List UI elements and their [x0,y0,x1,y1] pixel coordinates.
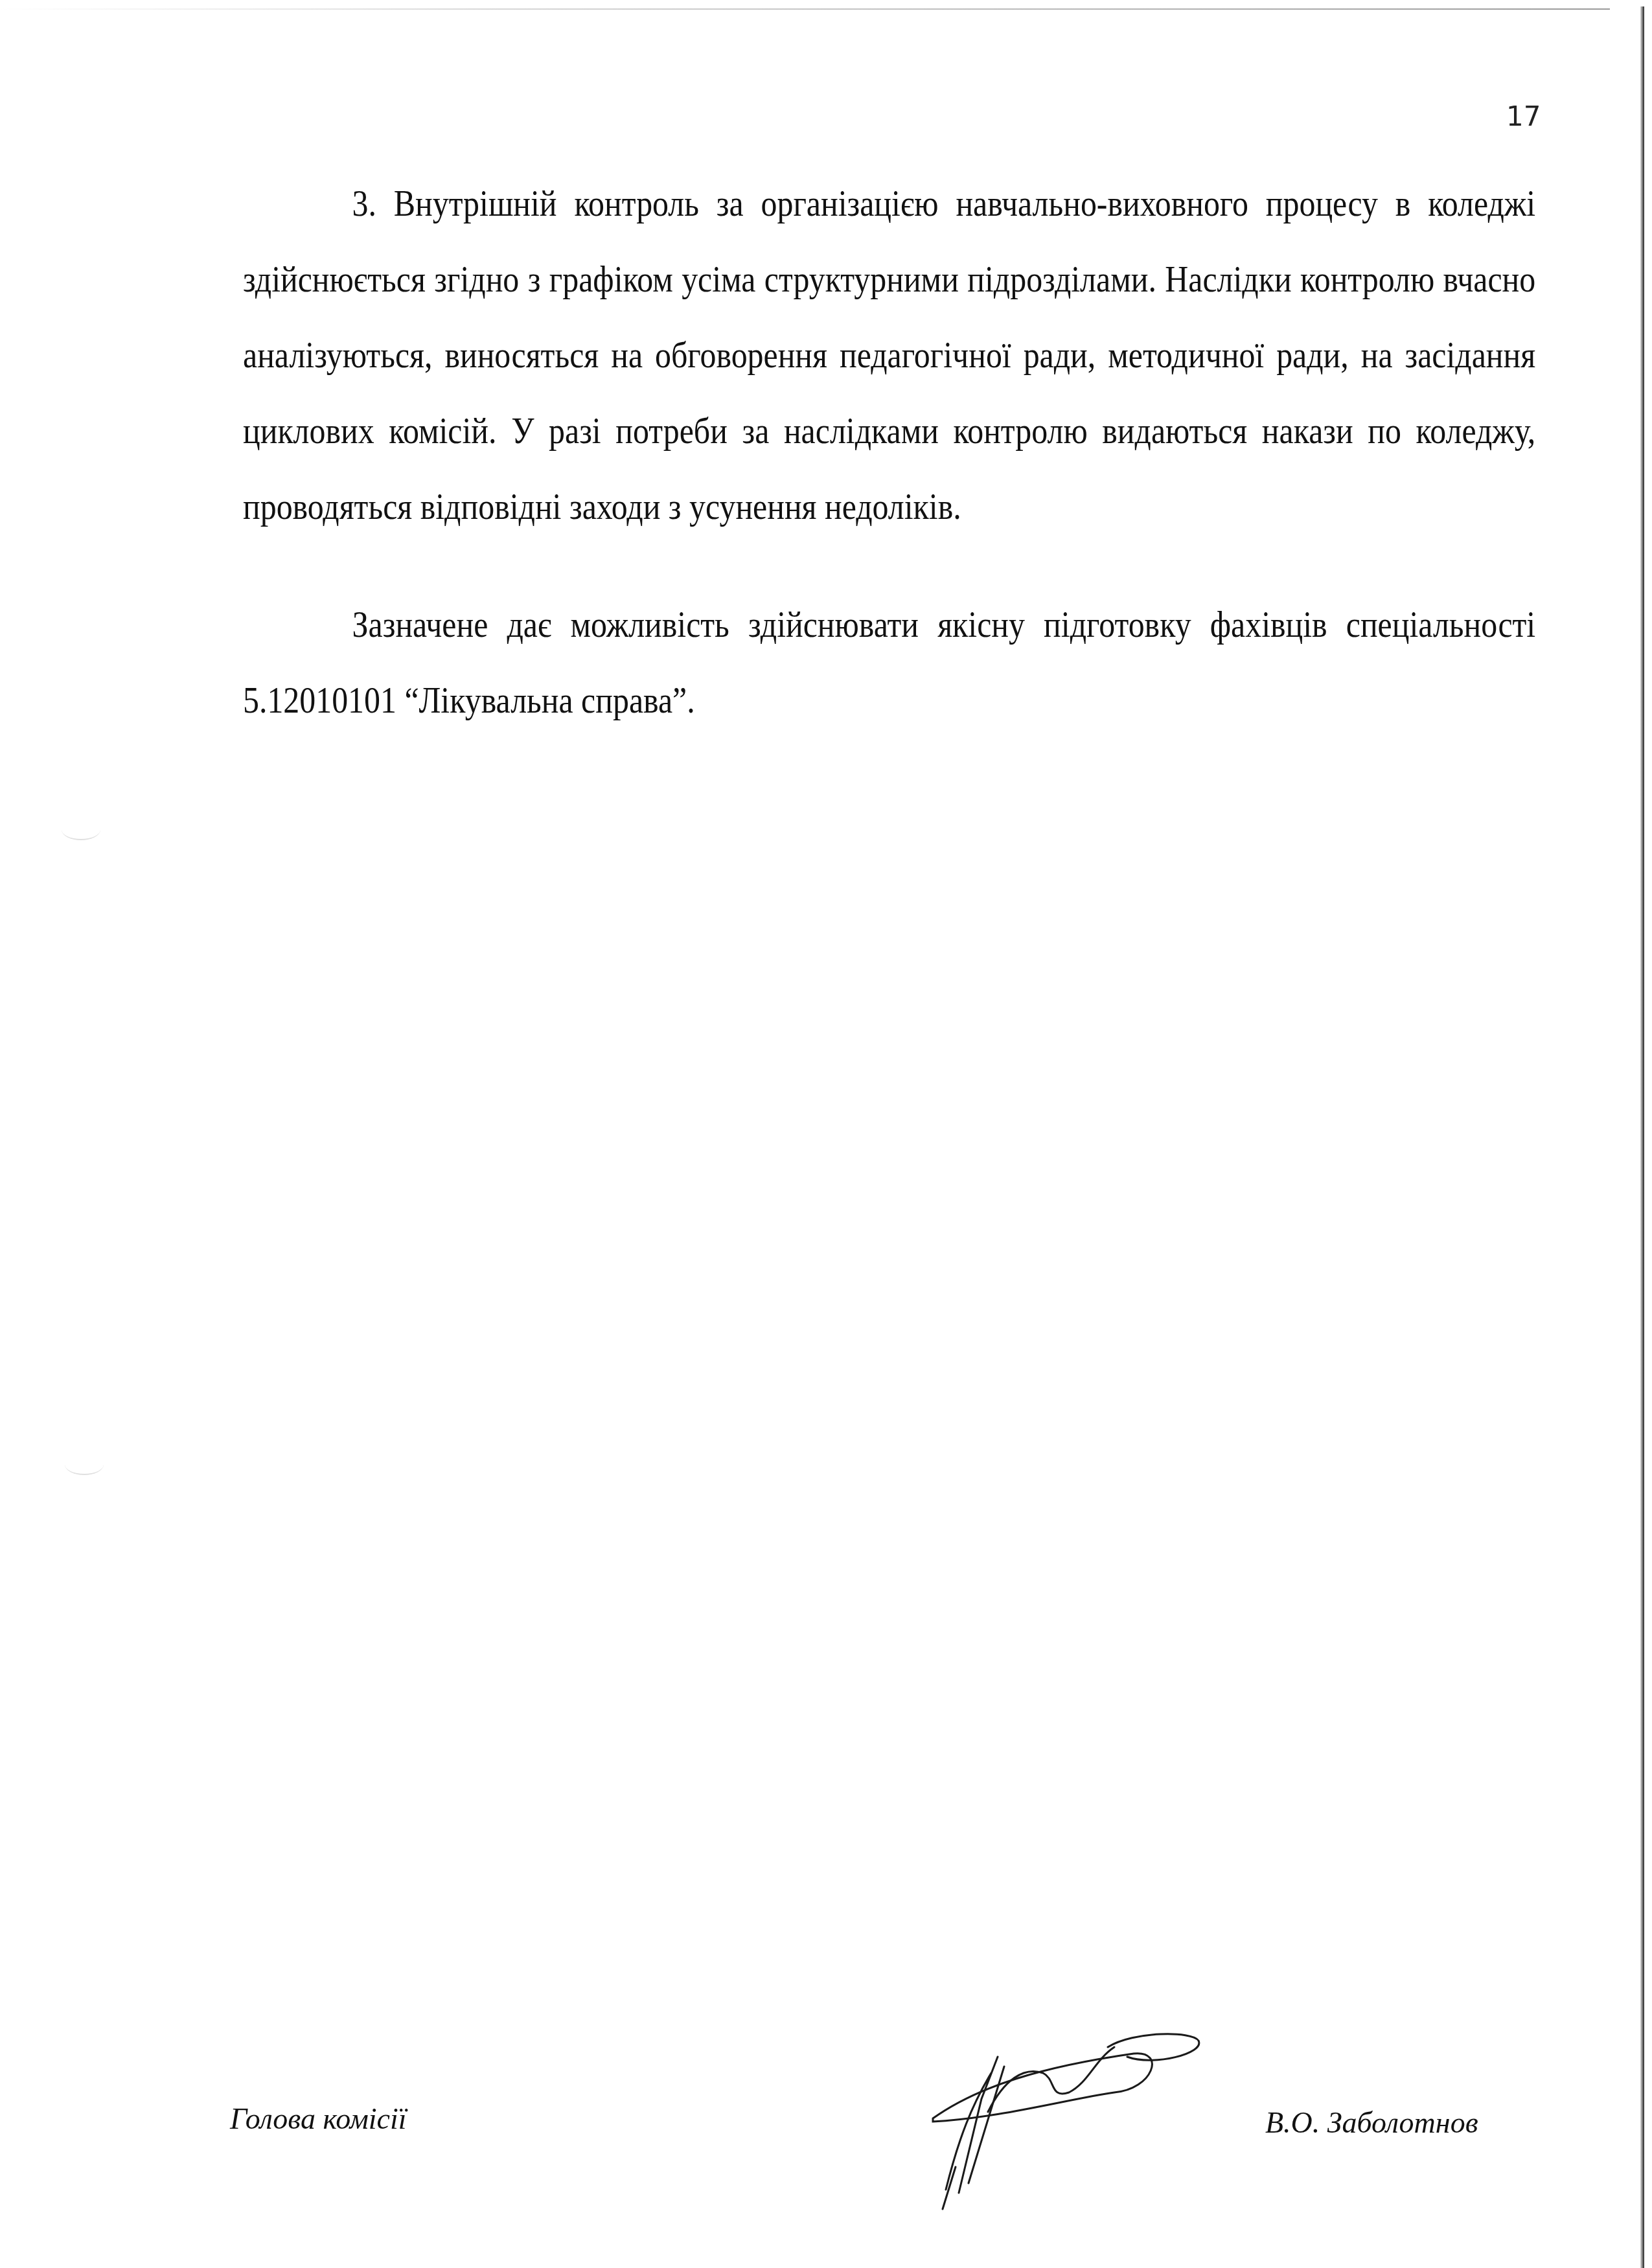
page-number: 17 [1506,100,1541,132]
paragraph-text: Зазначене дає можливість здійснювати які… [243,603,1535,721]
signatory-name: В.О. Заболотнов [1265,2105,1478,2140]
paragraph-text: 3. Внутрішній контроль за організацією н… [243,182,1535,527]
scan-artifact [65,1454,104,1475]
handwritten-signature [920,2028,1283,2222]
scan-right-edge [1640,6,1644,2268]
paragraph-internal-control: 3. Внутрішній контроль за організацією н… [243,165,1535,544]
signatory-position: Голова комісії [230,2102,407,2136]
paragraph-conclusion: Зазначене дає можливість здійснювати які… [243,586,1535,738]
scan-top-edge [0,8,1610,10]
scan-artifact [62,819,100,840]
